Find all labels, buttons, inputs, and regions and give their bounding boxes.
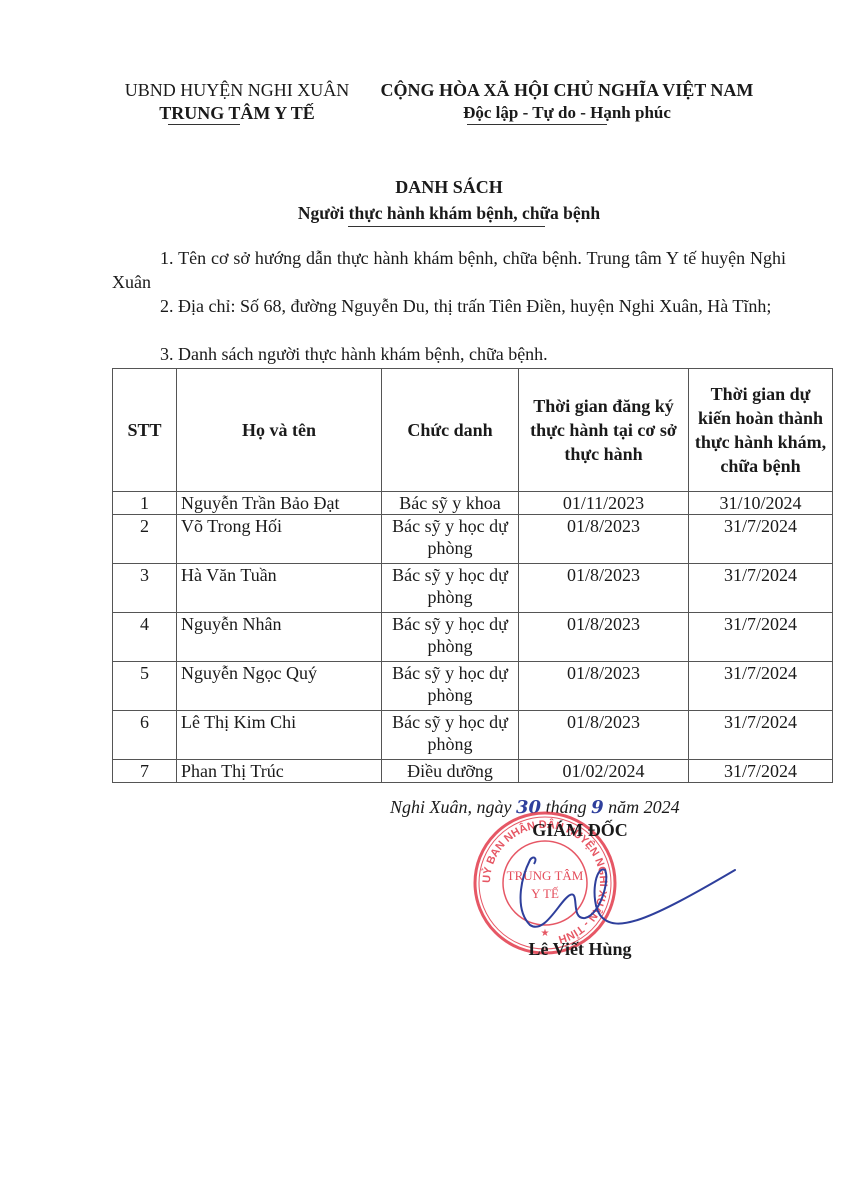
table-row: 7Phan Thị TrúcĐiều dưỡng01/02/202431/7/2… <box>113 760 833 783</box>
cell-title: Bác sỹ y học dự phòng <box>382 662 519 711</box>
table-row: 1Nguyễn Trần Bảo ĐạtBác sỹ y khoa01/11/2… <box>113 492 833 515</box>
column-header-name: Họ và tên <box>177 369 382 492</box>
cell-stt: 3 <box>113 564 177 613</box>
cell-registered: 01/8/2023 <box>519 662 689 711</box>
cell-expected-end: 31/7/2024 <box>689 662 833 711</box>
table-row: 4Nguyễn NhânBác sỹ y học dự phòng01/8/20… <box>113 613 833 662</box>
cell-registered: 01/02/2024 <box>519 760 689 783</box>
cell-title: Bác sỹ y học dự phòng <box>382 564 519 613</box>
subtitle-underline <box>348 226 545 227</box>
cell-registered: 01/8/2023 <box>519 613 689 662</box>
cell-title: Điều dưỡng <box>382 760 519 783</box>
paragraph-address: 2. Địa chỉ: Số 68, đường Nguyễn Du, thị … <box>112 294 786 318</box>
cell-stt: 6 <box>113 711 177 760</box>
motto-underline <box>467 124 607 125</box>
cell-registered: 01/8/2023 <box>519 515 689 564</box>
paragraph-list-intro: 3. Danh sách người thực hành khám bệnh, … <box>112 342 786 366</box>
table-row: 6Lê Thị Kim ChiBác sỹ y học dự phòng01/8… <box>113 711 833 760</box>
agency-underline <box>168 124 240 125</box>
table-header-row: STT Họ và tên Chức danh Thời gian đăng k… <box>113 369 833 492</box>
document-title: DANH SÁCH <box>112 174 786 200</box>
cell-registered: 01/11/2023 <box>519 492 689 515</box>
agency-name: TRUNG TÂM Y TẾ <box>112 102 362 124</box>
cell-registered: 01/8/2023 <box>519 564 689 613</box>
cell-expected-end: 31/7/2024 <box>689 760 833 783</box>
cell-title: Bác sỹ y học dự phòng <box>382 711 519 760</box>
cell-expected-end: 31/10/2024 <box>689 492 833 515</box>
handwritten-signature-icon <box>500 840 740 950</box>
practitioner-table: STT Họ và tên Chức danh Thời gian đăng k… <box>112 368 833 783</box>
paragraph-facility-name: 1. Tên cơ sở hướng dẫn thực hành khám bệ… <box>112 246 786 294</box>
cell-name: Lê Thị Kim Chi <box>177 711 382 760</box>
column-header-expected-end: Thời gian dự kiến hoàn thành thực hành k… <box>689 369 833 492</box>
cell-title: Bác sỹ y học dự phòng <box>382 613 519 662</box>
column-header-registered: Thời gian đăng ký thực hành tại cơ sở th… <box>519 369 689 492</box>
cell-name: Nguyễn Nhân <box>177 613 382 662</box>
column-header-stt: STT <box>113 369 177 492</box>
signer-name: Lê Viết Hùng <box>470 937 690 961</box>
country-name: CỘNG HÒA XÃ HỘI CHỦ NGHĨA VIỆT NAM <box>362 78 772 102</box>
cell-stt: 1 <box>113 492 177 515</box>
table-row: 2Võ Trong HốiBác sỹ y học dự phòng01/8/2… <box>113 515 833 564</box>
cell-stt: 2 <box>113 515 177 564</box>
cell-expected-end: 31/7/2024 <box>689 613 833 662</box>
national-motto: CỘNG HÒA XÃ HỘI CHỦ NGHĨA VIỆT NAM Độc l… <box>362 78 772 124</box>
cell-registered: 01/8/2023 <box>519 711 689 760</box>
cell-expected-end: 31/7/2024 <box>689 711 833 760</box>
signer-role: GIÁM ĐỐC <box>470 818 690 842</box>
cell-name: Nguyễn Ngọc Quý <box>177 662 382 711</box>
cell-title: Bác sỹ y khoa <box>382 492 519 515</box>
cell-name: Hà Văn Tuần <box>177 564 382 613</box>
cell-expected-end: 31/7/2024 <box>689 564 833 613</box>
table-row: 5Nguyễn Ngọc QuýBác sỹ y học dự phòng01/… <box>113 662 833 711</box>
cell-name: Phan Thị Trúc <box>177 760 382 783</box>
cell-expected-end: 31/7/2024 <box>689 515 833 564</box>
table-row: 3Hà Văn TuầnBác sỹ y học dự phòng01/8/20… <box>113 564 833 613</box>
document-subtitle: Người thực hành khám bệnh, chữa bệnh <box>112 200 786 226</box>
cell-stt: 4 <box>113 613 177 662</box>
cell-name: Nguyễn Trần Bảo Đạt <box>177 492 382 515</box>
cell-name: Võ Trong Hối <box>177 515 382 564</box>
cell-title: Bác sỹ y học dự phòng <box>382 515 519 564</box>
agency-parent: UBND HUYỆN NGHI XUÂN <box>112 78 362 102</box>
motto: Độc lập - Tự do - Hạnh phúc <box>362 102 772 124</box>
cell-stt: 7 <box>113 760 177 783</box>
issuing-agency: UBND HUYỆN NGHI XUÂN TRUNG TÂM Y TẾ <box>112 78 362 124</box>
column-header-title: Chức danh <box>382 369 519 492</box>
cell-stt: 5 <box>113 662 177 711</box>
